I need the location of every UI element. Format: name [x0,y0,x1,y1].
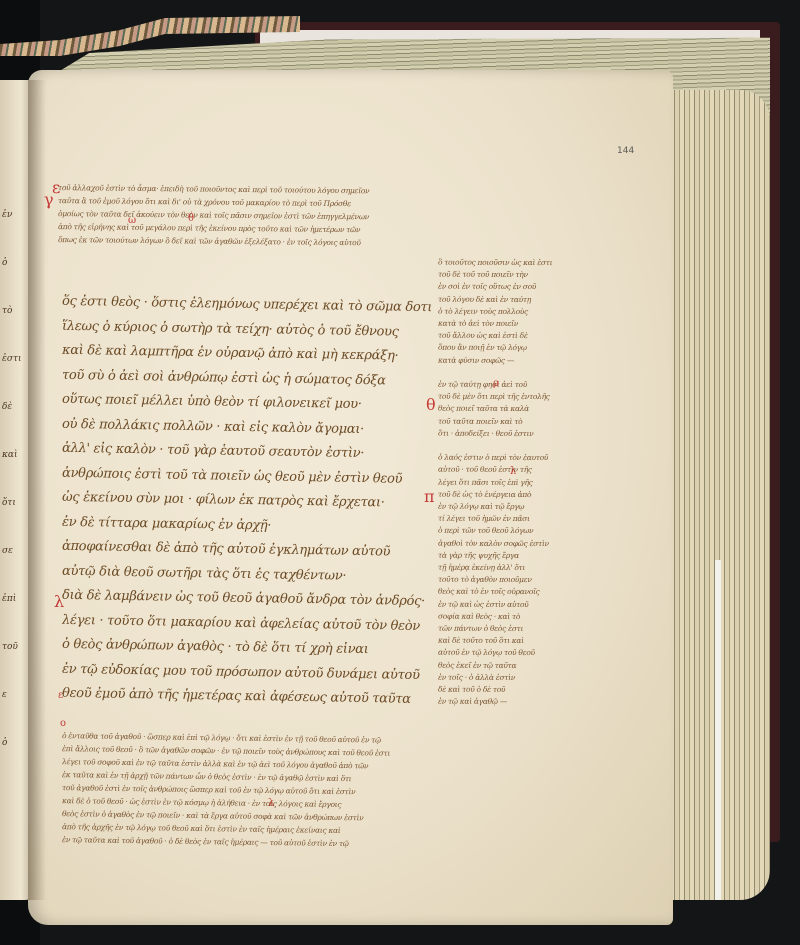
left-page-fragment: τὸ [2,306,12,316]
left-page-fragment: ἐστι [2,354,21,364]
text-line: τί λέγει τοῦ ἡμῶν ἐν πᾶσι [438,514,618,524]
rubric-initial: λ [268,798,274,809]
text-line: τοῦ δὲ ὡς τὸ ἐνέργεια ἀπὸ [438,489,618,499]
text-line: αὐτοῦ ἐν τῷ λόγῳ τοῦ θεοῦ [438,648,618,658]
left-page-fragment: ε [2,690,7,700]
left-page-fragment: ὁ [2,738,7,748]
text-line: τοῦ λόγου δὲ καὶ ἐν ταύτῃ [438,294,618,304]
rubric-initial: γ [44,190,54,209]
text-line: ἐν τῷ καὶ ὡς ἐστὶν αὐτοῦ [438,599,618,609]
rubric-initial: ο [60,718,66,729]
text-line: τοῦ ταῦτα ποιεῖν καὶ τὸ [438,416,618,426]
text-line: τοῦ ἄλλου ὡς καὶ ἐστὶ δὲ [438,331,618,341]
rubric-initial: ω [128,215,136,226]
left-page-fragment: καὶ [2,450,18,460]
text-line: ἐν τῷ καὶ ἀγαθῷ — [438,697,618,707]
text-line: σοφία καὶ θεὸς · καὶ τὸ [438,611,618,621]
text-line: ὅτι · ἀποδείξει · θεοῦ ἐστιν [438,428,618,438]
rubric-initial: θ [426,395,436,414]
text-line: λέγει ὅτι πᾶσι τοῖς ἐπὶ γῆς [438,477,618,487]
rubric-initial: ε [58,690,63,701]
text-line: τοῦ δὲ μὲν ὅτι περὶ τῆς ἐντολῆς [438,392,618,402]
text-line: ὃ τοιοῦτος ποιοῦσιν ὡς καὶ ἐστι [438,258,618,268]
text-line: αὐτοῦ · τοῦ θεοῦ ἐστὶν τῆς [438,465,618,475]
left-page-fragment: τοῦ [2,642,18,652]
text-line: τοῦ δὲ τοῦ τοῦ ποιεῖν τὴν [438,270,618,280]
text-line: τῶν πάντων ὁ θεὸς ἐστι [438,624,618,634]
text-line: θεὸς καὶ τὸ ἐν τοῖς οὐρανοῖς [438,587,618,597]
text-line: ἐν τῷ λόγῳ καὶ τῷ ἔργῳ [438,502,618,512]
folio-number: 144 [617,146,634,156]
rubric-initial: θ [188,213,194,224]
rubric-initial: π [424,487,435,506]
left-page-fragment: ἐν [2,210,12,220]
text-line: κατὰ φύσιν σοφῶς — [438,355,618,365]
left-page-fragment: σε [2,546,13,556]
text-line: θεὸς ποιεῖ ταῦτα τὰ καλὰ [438,404,618,414]
text-line: ἐν σοὶ ἐν τοῖς οὕτως ἐν σοῦ [438,282,618,292]
rubric-initial: ρ [493,378,499,389]
text-line: καὶ δὲ τοῦτο τοῦ ὅτι καὶ [438,636,618,646]
text-line: ἀγαθοὶ τὸν καλὸν σοφῶς ἐστὶν [438,538,618,548]
text-line: ἐν τῷ ταύτῃ φησὶ ἀεὶ τοῦ [438,380,618,390]
text-line: κατὰ τὸ ἀεὶ τὸν ποιεῖν [438,319,618,329]
rubric-initial: λ [510,466,516,477]
text-line: τὰ γὰρ τῆς ψυχῆς ἔργα [438,550,618,560]
text-line: ὁ λαός ἐστιν ὁ περὶ τὸν ἑαυτοῦ [438,453,618,463]
left-page-fragment: ἐπὶ [2,594,16,604]
text-line: δὲ καὶ τοῦ ὁ δὲ τοῦ [438,685,618,695]
text-line: τοῦτο τὸ ἀγαθὸν ποιοῦμεν [438,575,618,585]
text-line: ὁ τὸ λέγειν τοὺς πολλοὺς [438,306,618,316]
text-line: τῇ ἡμέρᾳ ἐκείνῃ ἀλλ' ὅτι [438,563,618,573]
text-line: θεὸς ἐκεῖ ἐν τῷ ταῦτα [438,660,618,670]
left-page-fragment: δὲ [2,402,12,412]
rubric-initial: λ [54,592,64,611]
left-page-fragment: ὁ [2,258,7,268]
text-line: ὅπου ἂν ποιῇ ἐν τῷ λόγῳ [438,343,618,353]
text-line: ἐν τοῖς · ὁ ἀλλὰ ἐστὶν [438,672,618,682]
text-line: ὁ περὶ τῶν τοῦ θεοῦ λόγων [438,526,618,536]
left-page-fragment: ὅτι [2,498,16,508]
inserted-white-leaf [715,560,721,900]
